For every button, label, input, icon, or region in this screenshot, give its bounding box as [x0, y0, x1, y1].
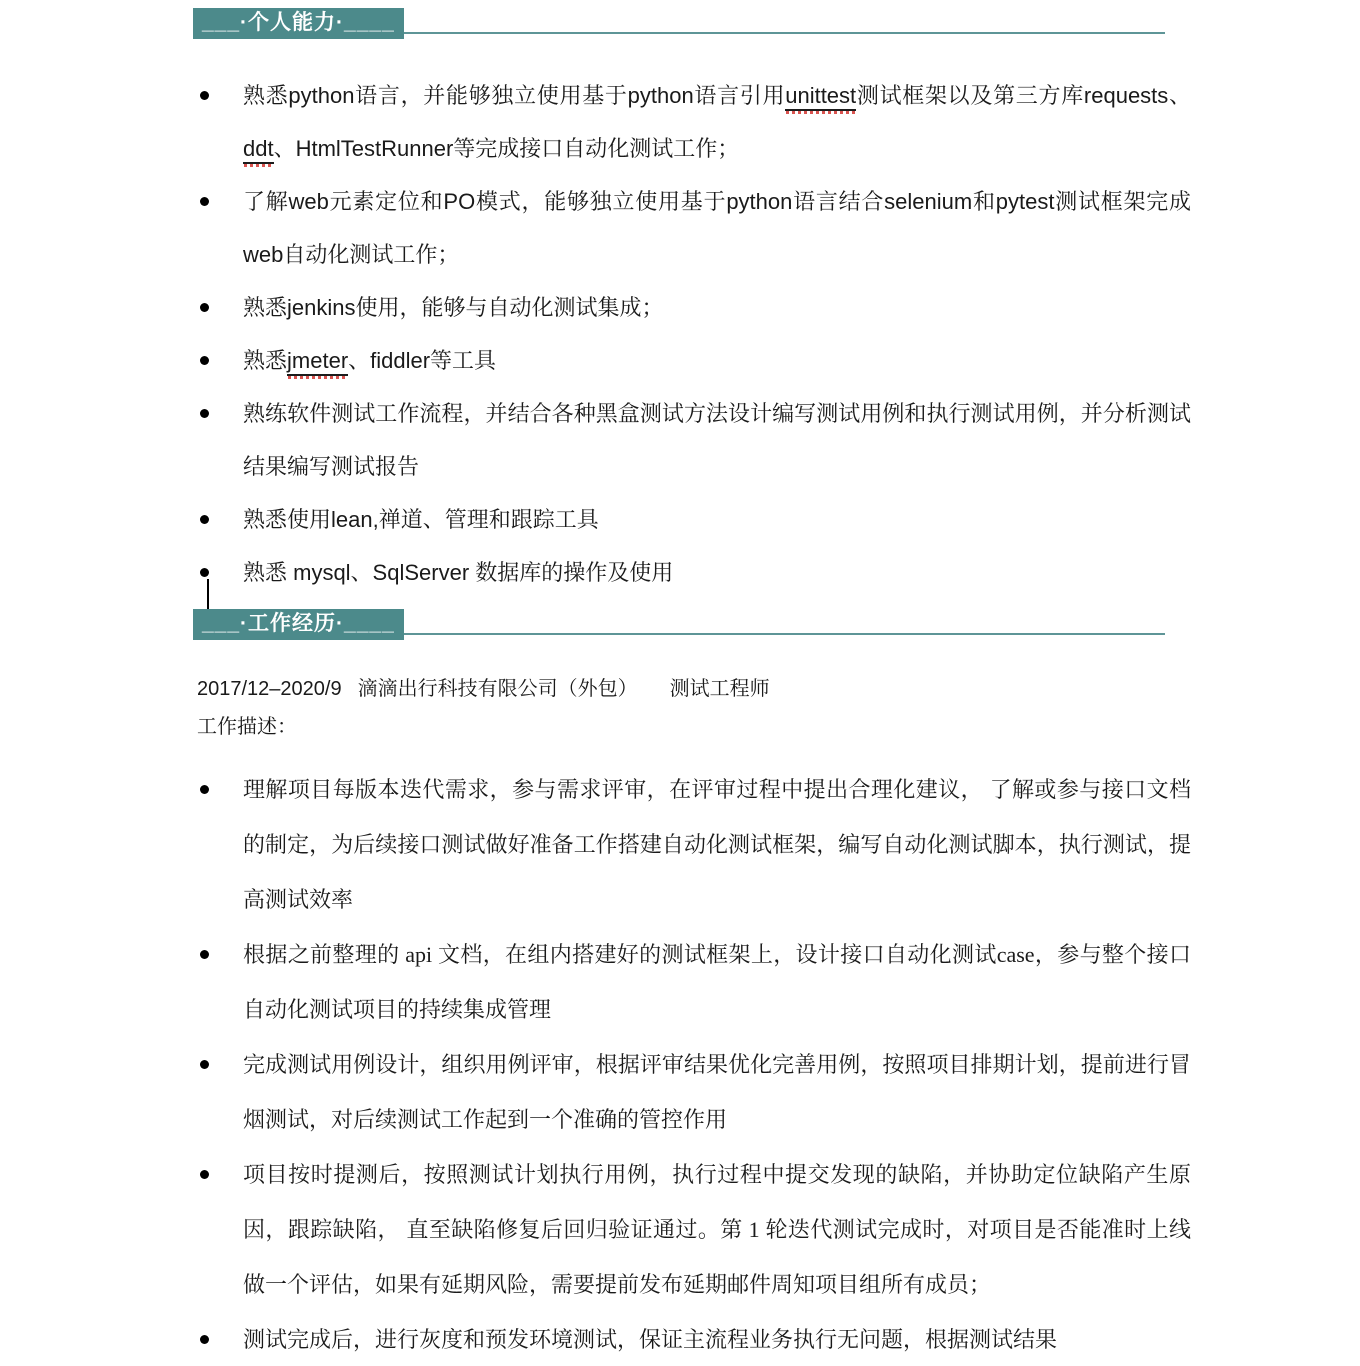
section-header-skills: ___·个人能力·____: [193, 8, 1165, 39]
experience-heading-line: 2017/12–2020/9滴滴出行科技有限公司（外包）测试工程师: [197, 670, 1360, 708]
misspelled-word: jmeter: [287, 348, 348, 376]
experience-meta: 2017/12–2020/9滴滴出行科技有限公司（外包）测试工程师 工作描述：: [197, 670, 1360, 746]
skills-list: 熟悉python语言，并能够独立使用基于python语言引用unittest测试…: [197, 69, 1191, 599]
text-run: 熟悉 mysql、SqlServer 数据库的操作及使用: [243, 560, 673, 585]
bullet-item: 熟悉jmeter、fiddler等工具: [197, 334, 1191, 387]
skills-section-badge: ___·个人能力·____: [193, 8, 404, 39]
employment-period: 2017/12–2020/9: [197, 678, 342, 700]
bullet-item: 根据之前整理的 api 文档，在组内搭建好的测试框架上，设计接口自动化测试cas…: [197, 927, 1191, 1037]
badge-underscore-suffix: ____: [344, 612, 395, 635]
bullet-item: 熟悉 mysql、SqlServer 数据库的操作及使用: [197, 546, 1191, 599]
experience-section-badge: ___·工作经历·____: [193, 609, 404, 640]
text-run: 文档，在组内搭建好的测试框架上，设计接口自动化测试: [438, 942, 997, 967]
skills-section-title: ·个人能力·: [240, 11, 344, 34]
bullet-item: 了解web元素定位和PO模式，能够独立使用基于python语言结合seleniu…: [197, 175, 1191, 281]
text-run: 理解项目每版本迭代需求，参与需求评审，在评审过程中提出合理化建议， 了解或参与接…: [243, 777, 1191, 912]
section-rule: [404, 633, 1165, 635]
job-description-label: 工作描述：: [197, 708, 1360, 746]
bullet-item: 熟悉使用lean,禅道、管理和跟踪工具: [197, 493, 1191, 546]
job-title: 测试工程师: [670, 678, 770, 700]
text-run: 测试完成后，进行灰度和预发环境测试，保证主流程业务执行无问题，根据测试结果: [243, 1327, 1057, 1352]
text-run: 根据之前整理的: [243, 942, 399, 967]
badge-underscore-suffix: ____: [344, 11, 395, 34]
misspelled-word: ddt: [243, 136, 274, 164]
badge-underscore-prefix: ___: [202, 11, 240, 34]
section-rule: [404, 32, 1165, 34]
experience-section-title: ·工作经历·: [240, 612, 344, 635]
bullet-item: 完成测试用例设计，组织用例评审，根据评审结果优化完善用例，按照项目排期计划，提前…: [197, 1037, 1191, 1147]
badge-underscore-prefix: ___: [202, 612, 240, 635]
bullet-item: 理解项目每版本迭代需求，参与需求评审，在评审过程中提出合理化建议， 了解或参与接…: [197, 762, 1191, 927]
text-run: api: [399, 942, 438, 967]
text-run: 熟悉: [243, 348, 287, 373]
text-run: 了解web元素定位和PO模式，能够独立使用基于python语言结合seleniu…: [243, 189, 1191, 267]
text-run: 熟练软件测试工作流程，并结合各种黑盒测试方法设计编写测试用例和执行测试用例，并分…: [243, 401, 1191, 479]
text-run: 1: [743, 1217, 766, 1242]
bullet-item: 项目按时提测后，按照测试计划执行用例，执行过程中提交发现的缺陷，并协助定位缺陷产…: [197, 1147, 1191, 1312]
bullet-item: 熟练软件测试工作流程，并结合各种黑盒测试方法设计编写测试用例和执行测试用例，并分…: [197, 387, 1191, 493]
text-run: 、fiddler等工具: [348, 348, 496, 373]
text-run: 、HtmlTestRunner等完成接口自动化测试工作；: [274, 136, 740, 161]
misspelled-word: unittest: [785, 83, 856, 111]
text-run: 完成测试用例设计，组织用例评审，根据评审结果优化完善用例，按照项目排期计划，提前…: [243, 1052, 1191, 1132]
experience-list: 理解项目每版本迭代需求，参与需求评审，在评审过程中提出合理化建议， 了解或参与接…: [197, 762, 1191, 1366]
section-header-experience: ___·工作经历·____: [193, 609, 1165, 640]
company-name: 滴滴出行科技有限公司（外包）: [358, 678, 638, 700]
text-run: case: [997, 942, 1035, 967]
bullet-item: 熟悉python语言，并能够独立使用基于python语言引用unittest测试…: [197, 69, 1191, 175]
bullet-item: 熟悉jenkins使用，能够与自动化测试集成；: [197, 281, 1191, 334]
resume-page: ___·个人能力·____ 熟悉python语言，并能够独立使用基于python…: [0, 0, 1360, 1366]
text-run: 熟悉python语言，并能够独立使用基于python语言引用: [243, 83, 785, 108]
bullet-item: 测试完成后，进行灰度和预发环境测试，保证主流程业务执行无问题，根据测试结果: [197, 1312, 1191, 1366]
text-run: 熟悉使用lean,禅道、管理和跟踪工具: [243, 507, 599, 532]
text-run: 测试框架以及第三方库requests、: [856, 83, 1191, 108]
text-run: 熟悉jenkins使用，能够与自动化测试集成；: [243, 295, 663, 320]
